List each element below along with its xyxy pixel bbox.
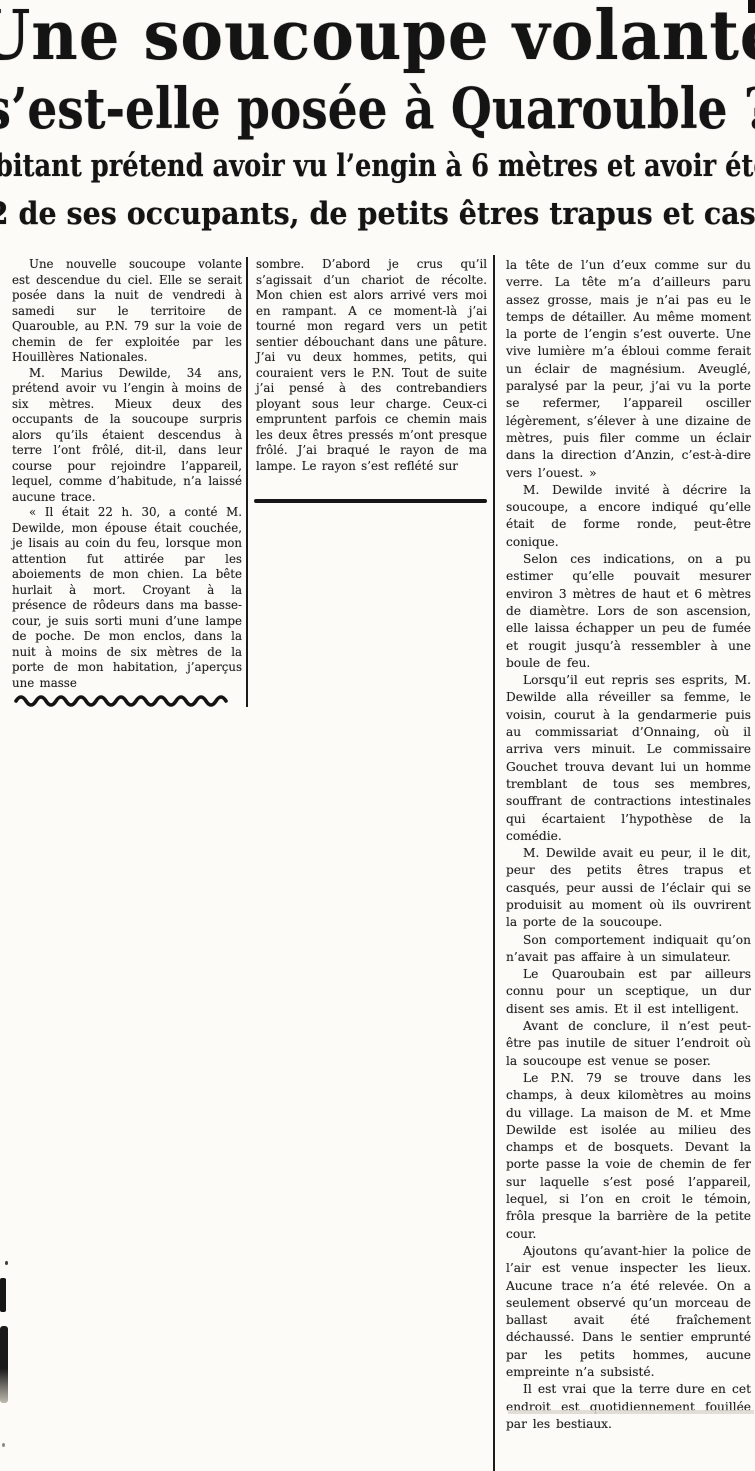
column-2: sombre. D’abord je crus qu’il s’agissait… [256, 257, 487, 474]
paragraph: M. Dewilde invité à décrire la soucoupe,… [506, 482, 751, 551]
scan-smudge [508, 1410, 754, 1414]
paragraph: « Il était 22 h. 30, a conté M. Dewilde,… [12, 505, 242, 691]
section-end-rule [254, 499, 487, 503]
headline-line-2: s’est-elle posée à Quarouble ? [0, 66, 755, 152]
scan-artifact-edge [0, 1278, 6, 1312]
paragraph: la tête de l’un d’eux comme sur du verre… [506, 257, 751, 482]
paragraph: Lorsqu’il eut repris ses esprits, M. Dew… [506, 672, 751, 845]
column-divider-2 [493, 255, 495, 1471]
subhead-line-1: Un habitant prétend avoir vu l’engin à 6… [0, 142, 755, 190]
scan-artifact-edge [0, 1326, 8, 1403]
subhead-line-2: par 2 de ses occupants, de petits êtres … [0, 190, 755, 238]
wavy-end-divider [13, 691, 235, 709]
paragraph: Ajoutons qu’avant-hier la police de l’ai… [506, 1243, 751, 1381]
paragraph: Une nouvelle soucoupe volante est descen… [12, 257, 242, 366]
newspaper-page: Une soucoupe volante s’est-elle posée à … [0, 0, 755, 1471]
paragraph: M. Marius Dewilde, 34 ans, prétend avoir… [12, 366, 242, 506]
paragraph: Avant de conclure, il n’est peut-être pa… [506, 1018, 751, 1070]
column-1: Une nouvelle soucoupe volante est descen… [12, 257, 242, 691]
subhead-text-2: par 2 de ses occupants, de petits êtres … [0, 190, 755, 238]
scan-artifact-dot [5, 1261, 8, 1265]
headline-text-2: s’est-elle posée à Quarouble ? [0, 66, 755, 152]
paragraph: Le Quaroubain est par ailleurs connu pou… [506, 966, 751, 1018]
scan-artifact-corner [748, 0, 755, 13]
paragraph: Il est vrai que la terre dure en cet end… [506, 1381, 751, 1433]
scan-artifact-dot [2, 1443, 5, 1447]
paragraph: Le P.N. 79 se trouve dans les champs, à … [506, 1070, 751, 1243]
subhead-text-1: Un habitant prétend avoir vu l’engin à 6… [0, 142, 755, 190]
column-3: la tête de l’un d’eux comme sur du verre… [506, 257, 751, 1433]
paragraph: sombre. D’abord je crus qu’il s’agissait… [256, 257, 487, 474]
paragraph: M. Dewilde avait eu peur, il le dit, peu… [506, 845, 751, 931]
paragraph: Son comportement indiquait qu’on n’avait… [506, 932, 751, 967]
paragraph: Selon ces indications, on a pu estimer q… [506, 551, 751, 672]
column-divider-1 [246, 257, 248, 707]
